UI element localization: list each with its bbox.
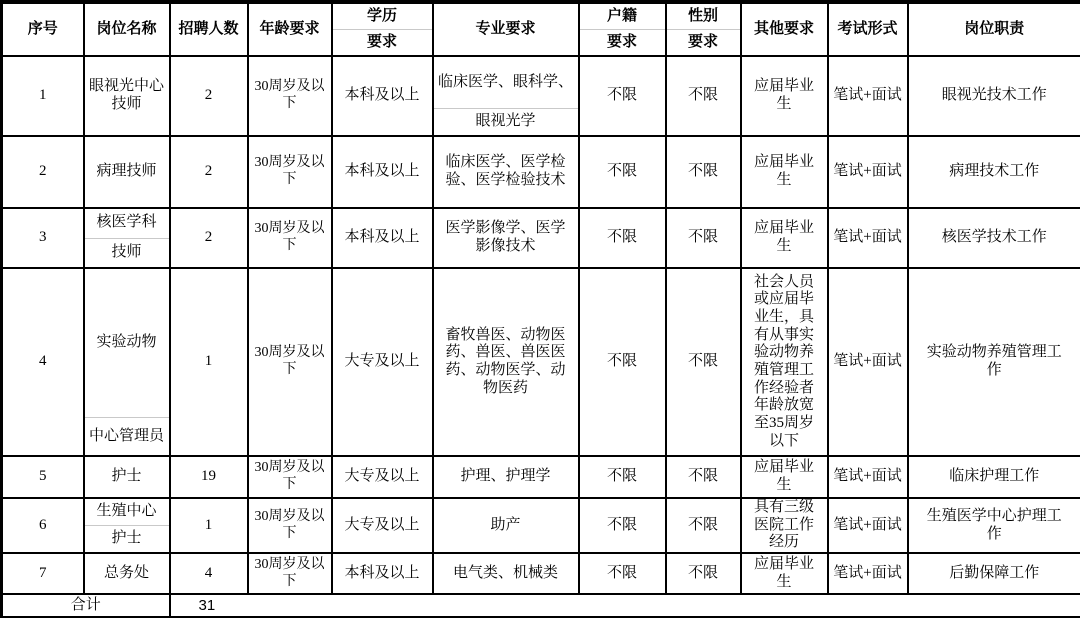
table-row: 3核医学科技师230周岁及以下本科及以上医学影像学、医学影像技术不限不限应届毕业… [2, 208, 1080, 268]
cell-major: 护理、护理学 [433, 456, 579, 498]
cell-text: 要求 [333, 30, 432, 55]
cell-text: 生殖中心 [85, 499, 169, 526]
cell-gender: 不限 [666, 456, 741, 498]
cell-position: 病理技师 [84, 136, 170, 208]
cell-household: 不限 [579, 456, 666, 498]
cell-exam: 笔试+面试 [828, 268, 908, 456]
column-header-position: 岗位名称 [84, 2, 170, 56]
cell-position: 护士 [84, 456, 170, 498]
cell-count: 19 [170, 456, 248, 498]
cell-position: 核医学科技师 [84, 208, 170, 268]
cell-education: 大专及以上 [332, 456, 433, 498]
cell-text: 中心管理员 [85, 418, 169, 455]
cell-age: 30周岁及以下 [248, 56, 332, 136]
cell-position: 眼视光中心技师 [84, 56, 170, 136]
cell-duty: 眼视光技术工作 [908, 56, 1080, 136]
cell-household: 不限 [579, 553, 666, 594]
column-header-duty: 岗位职责 [908, 2, 1080, 56]
cell-no: 2 [2, 136, 84, 208]
cell-major: 助产 [433, 498, 579, 553]
cell-count: 4 [170, 553, 248, 594]
cell-major: 临床医学、医学检验、医学检验技术 [433, 136, 579, 208]
cell-age: 30周岁及以下 [248, 456, 332, 498]
cell-exam: 笔试+面试 [828, 208, 908, 268]
cell-count: 1 [170, 498, 248, 553]
cell-exam: 笔试+面试 [828, 498, 908, 553]
cell-major: 畜牧兽医、动物医药、兽医、兽医医药、动物医学、动物医药 [433, 268, 579, 456]
cell-exam: 笔试+面试 [828, 456, 908, 498]
cell-exam: 笔试+面试 [828, 553, 908, 594]
cell-duty: 后勤保障工作 [908, 553, 1080, 594]
column-header-count: 招聘人数 [170, 2, 248, 56]
cell-other: 应届毕业生 [741, 456, 828, 498]
cell-no: 1 [2, 56, 84, 136]
cell-education: 本科及以上 [332, 208, 433, 268]
column-header-gender: 性别要求 [666, 2, 741, 56]
cell-other: 社会人员或应届毕业生，具有从事实验动物养殖管理工作经验者年龄放宽至35周岁以下 [741, 268, 828, 456]
cell-text: 核医学科 [85, 209, 169, 239]
cell-education: 大专及以上 [332, 268, 433, 456]
table-row: 6生殖中心护士130周岁及以下大专及以上助产不限不限具有三级医院工作经历笔试+面… [2, 498, 1080, 553]
cell-duty: 临床护理工作 [908, 456, 1080, 498]
column-header-exam: 考试形式 [828, 2, 908, 56]
cell-count: 1 [170, 268, 248, 456]
cell-gender: 不限 [666, 553, 741, 594]
table-row: 5护士1930周岁及以下大专及以上护理、护理学不限不限应届毕业生笔试+面试临床护… [2, 456, 1080, 498]
cell-position: 实验动物中心管理员 [84, 268, 170, 456]
cell-exam: 笔试+面试 [828, 56, 908, 136]
total-value: 31 [170, 594, 1080, 618]
cell-education: 本科及以上 [332, 136, 433, 208]
cell-household: 不限 [579, 498, 666, 553]
cell-text: 要求 [580, 30, 665, 55]
cell-text: 要求 [667, 30, 740, 55]
cell-position: 生殖中心护士 [84, 498, 170, 553]
table-row: 1眼视光中心技师230周岁及以下本科及以上临床医学、眼科学、眼视光学不限不限应届… [2, 56, 1080, 136]
total-row: 合计31 [2, 594, 1080, 618]
cell-no: 7 [2, 553, 84, 594]
cell-no: 4 [2, 268, 84, 456]
cell-count: 2 [170, 56, 248, 136]
cell-education: 大专及以上 [332, 498, 433, 553]
total-label: 合计 [2, 594, 170, 618]
cell-other: 应届毕业生 [741, 553, 828, 594]
table-row: 7总务处430周岁及以下本科及以上电气类、机械类不限不限应届毕业生笔试+面试后勤… [2, 553, 1080, 594]
cell-other: 应届毕业生 [741, 56, 828, 136]
table-row: 4实验动物中心管理员130周岁及以下大专及以上畜牧兽医、动物医药、兽医、兽医医药… [2, 268, 1080, 456]
column-header-education: 学历要求 [332, 2, 433, 56]
column-header-age: 年龄要求 [248, 2, 332, 56]
cell-gender: 不限 [666, 268, 741, 456]
cell-count: 2 [170, 136, 248, 208]
header-row: 序号岗位名称招聘人数年龄要求学历要求专业要求户籍要求性别要求其他要求考试形式岗位… [2, 2, 1080, 56]
cell-text: 护士 [85, 526, 169, 552]
cell-household: 不限 [579, 56, 666, 136]
cell-no: 5 [2, 456, 84, 498]
cell-household: 不限 [579, 136, 666, 208]
cell-text: 性别 [667, 4, 740, 30]
cell-duty: 实验动物养殖管理工作 [908, 268, 1080, 456]
cell-age: 30周岁及以下 [248, 553, 332, 594]
cell-text: 眼视光学 [434, 109, 578, 135]
cell-gender: 不限 [666, 208, 741, 268]
cell-age: 30周岁及以下 [248, 208, 332, 268]
cell-text: 户籍 [580, 4, 665, 30]
cell-household: 不限 [579, 268, 666, 456]
column-header-no: 序号 [2, 2, 84, 56]
cell-no: 6 [2, 498, 84, 553]
cell-other: 具有三级医院工作经历 [741, 498, 828, 553]
cell-duty: 核医学技术工作 [908, 208, 1080, 268]
cell-education: 本科及以上 [332, 553, 433, 594]
column-header-household: 户籍要求 [579, 2, 666, 56]
cell-position: 总务处 [84, 553, 170, 594]
cell-exam: 笔试+面试 [828, 136, 908, 208]
cell-age: 30周岁及以下 [248, 268, 332, 456]
cell-gender: 不限 [666, 56, 741, 136]
cell-other: 应届毕业生 [741, 136, 828, 208]
cell-major: 电气类、机械类 [433, 553, 579, 594]
cell-gender: 不限 [666, 498, 741, 553]
cell-gender: 不限 [666, 136, 741, 208]
column-header-other: 其他要求 [741, 2, 828, 56]
cell-major: 临床医学、眼科学、眼视光学 [433, 56, 579, 136]
cell-duty: 病理技术工作 [908, 136, 1080, 208]
cell-text: 实验动物 [85, 269, 169, 418]
cell-household: 不限 [579, 208, 666, 268]
cell-duty: 生殖医学中心护理工作 [908, 498, 1080, 553]
recruitment-table: 序号岗位名称招聘人数年龄要求学历要求专业要求户籍要求性别要求其他要求考试形式岗位… [0, 0, 1080, 618]
cell-major: 医学影像学、医学影像技术 [433, 208, 579, 268]
column-header-major: 专业要求 [433, 2, 579, 56]
cell-text: 临床医学、眼科学、 [434, 57, 578, 109]
cell-age: 30周岁及以下 [248, 498, 332, 553]
cell-count: 2 [170, 208, 248, 268]
cell-age: 30周岁及以下 [248, 136, 332, 208]
cell-education: 本科及以上 [332, 56, 433, 136]
table-row: 2病理技师230周岁及以下本科及以上临床医学、医学检验、医学检验技术不限不限应届… [2, 136, 1080, 208]
cell-text: 学历 [333, 4, 432, 30]
cell-text: 技师 [85, 239, 169, 268]
recruitment-table-page: 序号岗位名称招聘人数年龄要求学历要求专业要求户籍要求性别要求其他要求考试形式岗位… [0, 0, 1080, 618]
cell-no: 3 [2, 208, 84, 268]
cell-other: 应届毕业生 [741, 208, 828, 268]
